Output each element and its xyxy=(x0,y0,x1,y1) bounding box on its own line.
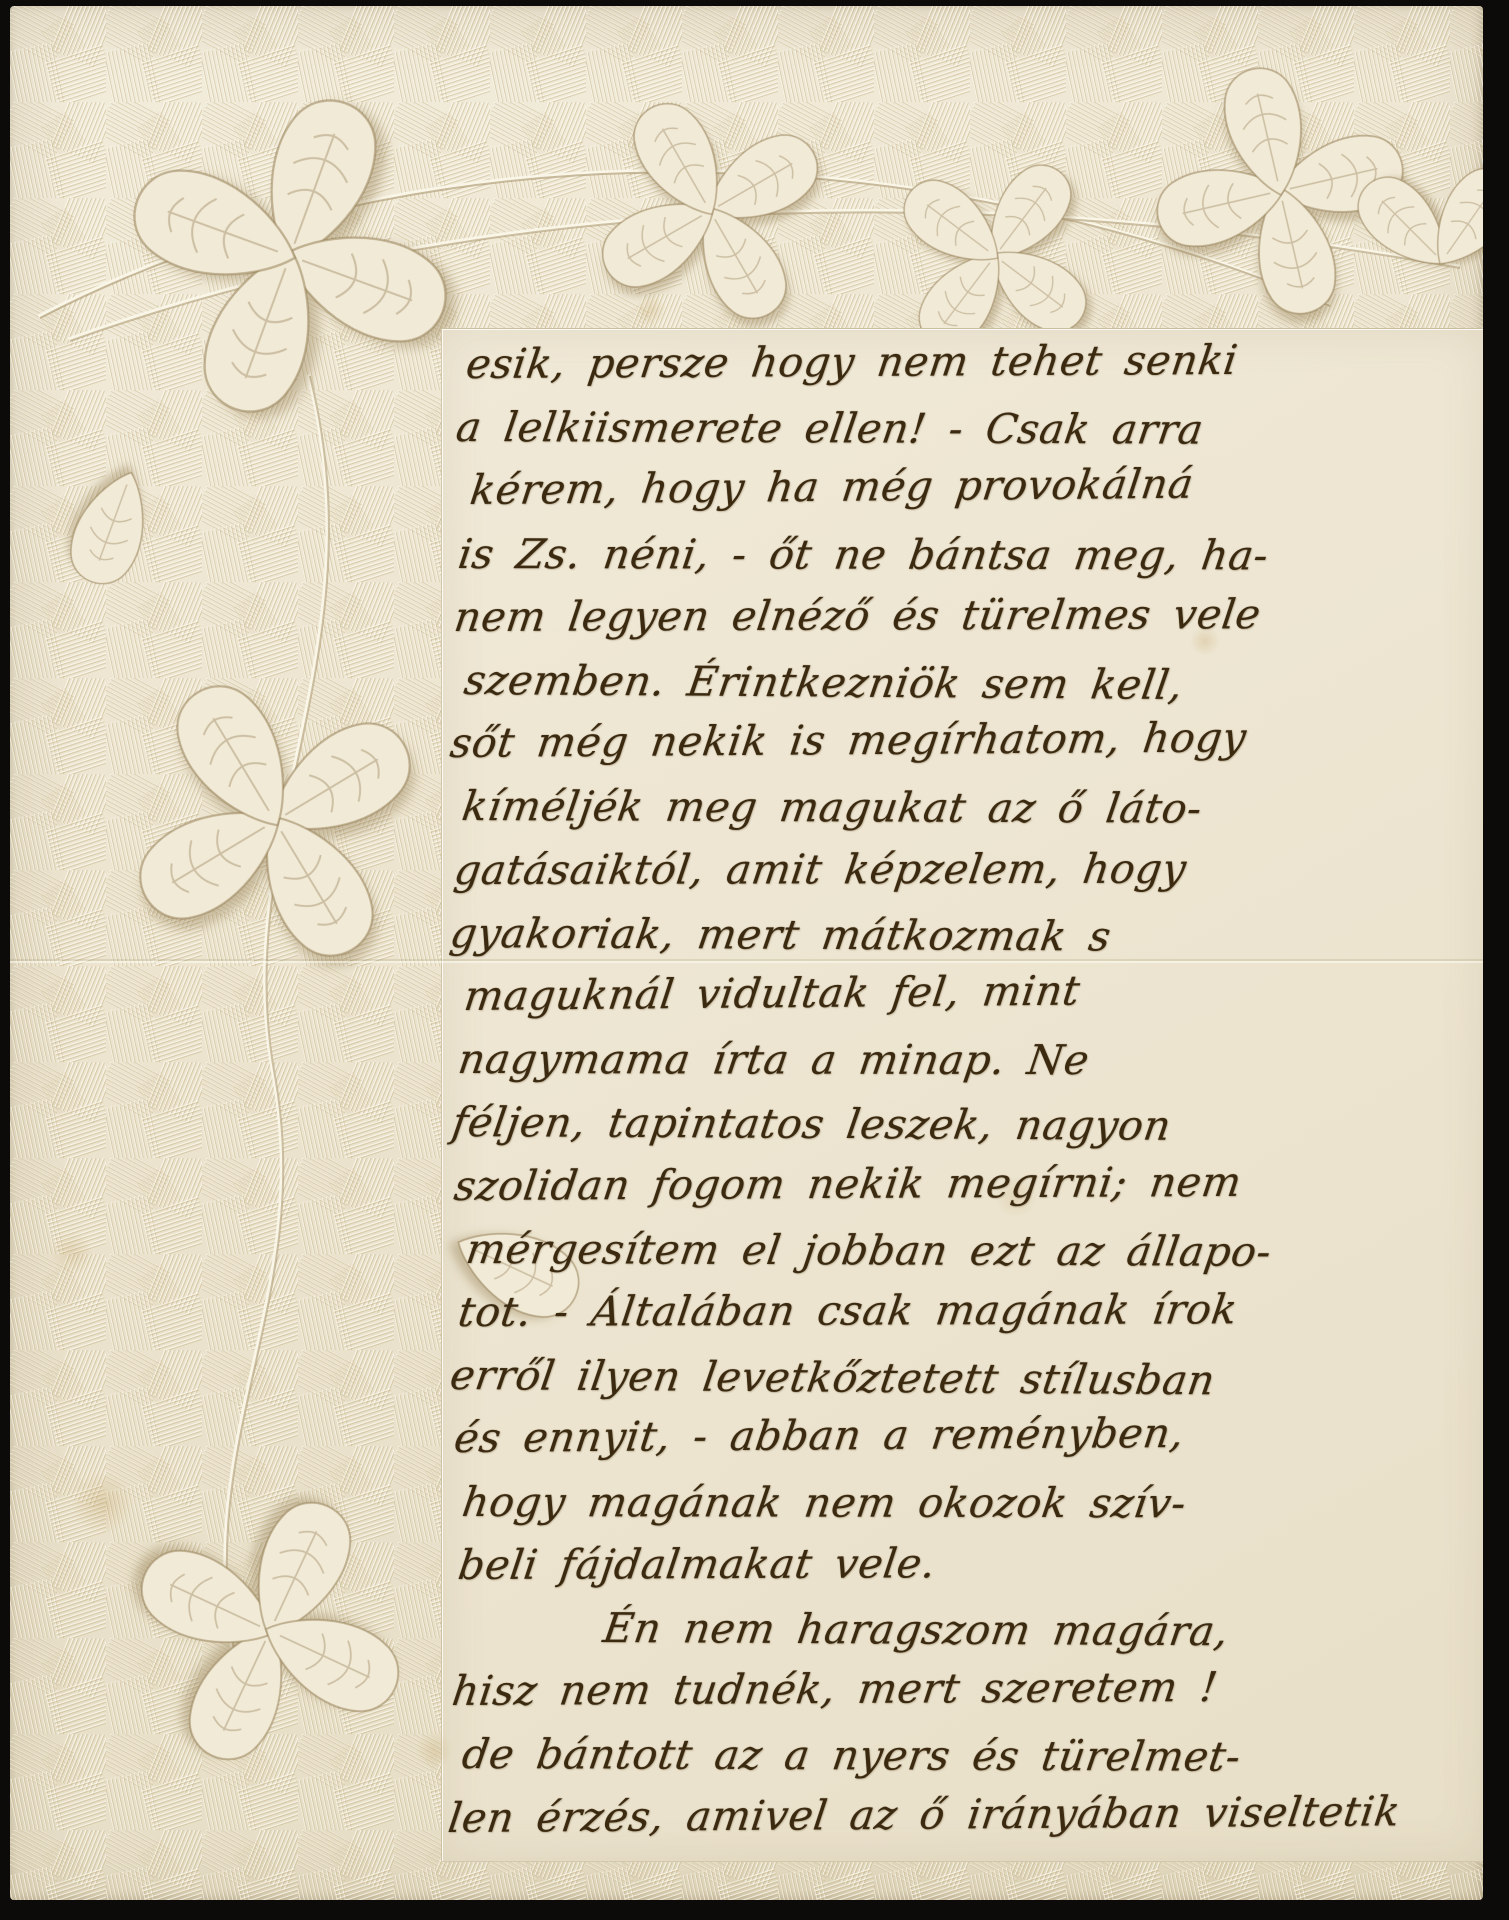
handwritten-line: hisz nem tudnék, mert szeretem ! xyxy=(449,1663,1220,1715)
handwritten-line: szemben. Érintkezniök sem kell, xyxy=(461,656,1186,709)
handwritten-line: nem legyen elnéző és türelmes vele xyxy=(451,590,1264,641)
letter-scan: esik, persze hogy nem tehet senkia lelki… xyxy=(0,0,1509,1920)
handwritten-line: kíméljék meg magukat az ő láto- xyxy=(459,782,1205,833)
letter-paper: esik, persze hogy nem tehet senkia lelki… xyxy=(10,6,1483,1900)
handwritten-line: tot. - Általában csak magának írok xyxy=(455,1285,1240,1336)
handwritten-line: sőt még nekik is megírhatom, hogy xyxy=(447,714,1249,768)
scan-background: { "letter": { "ink_color": "#3b2a10", "p… xyxy=(0,0,1509,1920)
handwritten-line: mérgesítem el jobban ezt az állapo- xyxy=(463,1225,1275,1276)
handwritten-line: maguknál vidultak fel, mint xyxy=(461,967,1083,1020)
handwritten-line: Én nem haragszom magára, xyxy=(600,1604,1232,1655)
letter-text: esik, persze hogy nem tehet senkia lelki… xyxy=(10,6,1483,1900)
handwritten-line: hogy magának nem okozok szív- xyxy=(459,1478,1189,1527)
handwritten-line: a lelkiismerete ellen! - Csak arra xyxy=(453,403,1207,454)
handwritten-line: beli fájdalmakat vele. xyxy=(455,1539,939,1589)
handwritten-line: gatásaiktól, amit képzelem, hogy xyxy=(451,844,1189,893)
handwritten-line: len érzés, amivel az ő irányában viselte… xyxy=(445,1787,1403,1842)
handwritten-line: féljen, tapintatos leszek, nagyon xyxy=(449,1098,1174,1150)
handwritten-line: és ennyit, - abban a reményben, xyxy=(451,1409,1187,1462)
handwritten-line: szolidan fogom nekik megírni; nem xyxy=(451,1157,1244,1209)
handwritten-line: is Zs. néni, - őt ne bántsa meg, ha- xyxy=(455,530,1272,579)
handwritten-line: de bántott az a nyers és türelmet- xyxy=(459,1730,1244,1781)
handwritten-line: gyakoriak, mert mátkozmak s xyxy=(447,909,1114,960)
handwritten-line: esik, persze hogy nem tehet senki xyxy=(463,336,1240,388)
handwritten-line: erről ilyen levetkőztetett stílusban xyxy=(447,1351,1218,1404)
handwritten-line: nagymama írta a minap. Ne xyxy=(455,1035,1092,1084)
handwritten-line: kérem, hogy ha még provokálná xyxy=(467,460,1196,514)
